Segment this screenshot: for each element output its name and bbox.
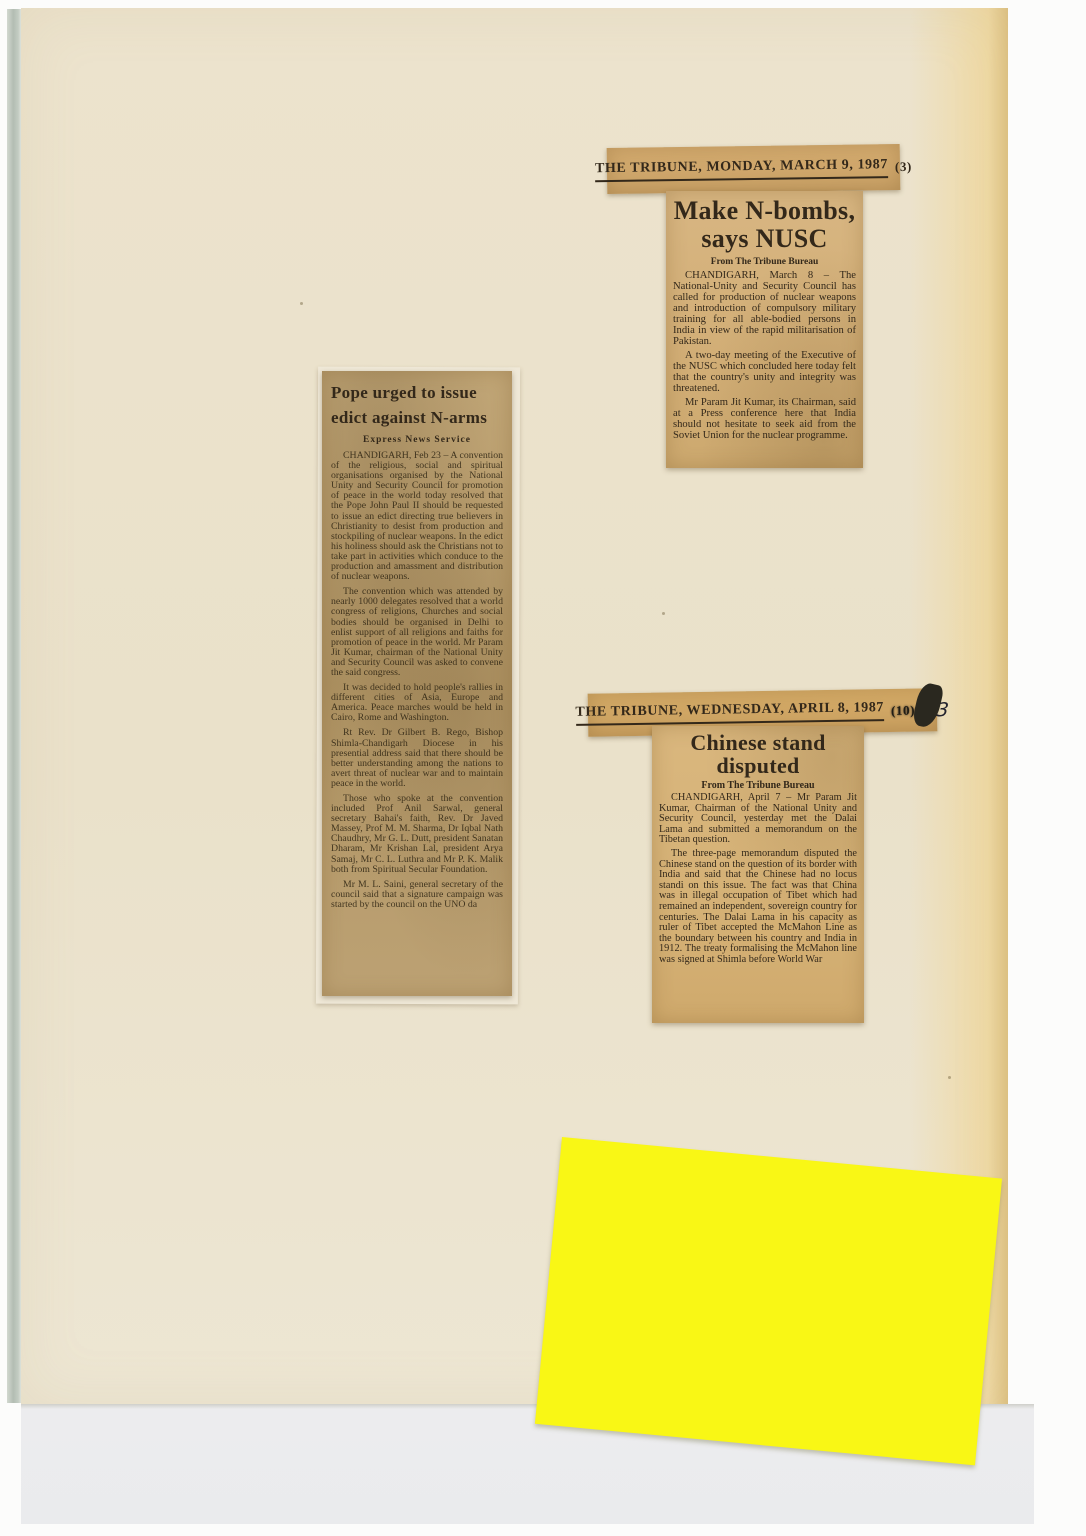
article-byline: Express News Service <box>331 435 503 445</box>
headline-line: disputed <box>659 754 857 777</box>
paper-speck <box>300 302 303 305</box>
article-paragraph: CHANDIGARH, April 7 – Mr Param Jit Kumar… <box>659 793 857 846</box>
article-paragraph: Mr Param Jit Kumar, its Chairman, said a… <box>673 397 856 441</box>
article-paragraph: The three-page memorandum disputed the C… <box>659 849 857 966</box>
article-byline: From The Tribune Bureau <box>673 257 856 267</box>
headline-line: Chinese stand <box>659 731 857 754</box>
masthead-text: THE TRIBUNE, MONDAY, MARCH 9, 1987 <box>595 157 888 182</box>
article-headline: Chinese stand disputed <box>659 731 857 777</box>
masthead-page-number: (3) <box>895 159 912 175</box>
headline-line: says NUSC <box>673 225 856 253</box>
article-paragraph: CHANDIGARH, Feb 23 – A convention of the… <box>331 451 503 582</box>
headline-line: Make N-bombs, <box>673 197 856 225</box>
article-body: CHANDIGARH, April 7 – Mr Param Jit Kumar… <box>659 793 857 966</box>
article-paragraph: It was decided to hold people's rallies … <box>331 683 503 723</box>
article-paragraph: Those who spoke at the convention includ… <box>331 794 503 875</box>
article-paragraph: Mr M. L. Saini, general secretary of the… <box>331 880 503 910</box>
article-headline: Pope urged to issue edict against N-arms <box>331 380 503 430</box>
headline-line: edict against N-arms <box>331 405 503 430</box>
clipping1-article: Make N-bombs, says NUSC From The Tribune… <box>666 191 863 468</box>
masthead-page-number: (10) <box>891 702 915 718</box>
article-paragraph: The convention which was attended by nea… <box>331 587 503 678</box>
article-paragraph: CHANDIGARH, March 8 – The National-Unity… <box>673 270 856 347</box>
yellow-sticky-note <box>535 1137 1002 1465</box>
paper-speck <box>948 1076 951 1079</box>
book-spine-edge <box>7 9 21 1403</box>
clipping2-article: Pope urged to issue edict against N-arms… <box>322 371 512 996</box>
clipping3-article: Chinese stand disputed From The Tribune … <box>652 726 864 1023</box>
masthead-text: THE TRIBUNE, WEDNESDAY, APRIL 8, 1987 <box>575 700 884 726</box>
article-body: CHANDIGARH, March 8 – The National-Unity… <box>673 270 856 441</box>
headline-line: Pope urged to issue <box>331 380 503 405</box>
article-byline: From The Tribune Bureau <box>659 780 857 791</box>
clipping1-masthead: THE TRIBUNE, MONDAY, MARCH 9, 1987 (3) <box>607 144 901 194</box>
article-paragraph: A two-day meeting of the Executive of th… <box>673 350 856 394</box>
paper-speck <box>662 612 665 615</box>
article-body: CHANDIGARH, Feb 23 – A convention of the… <box>331 451 503 910</box>
article-headline: Make N-bombs, says NUSC <box>673 197 856 253</box>
article-paragraph: Rt Rev. Dr Gilbert B. Rego, Bishop Shiml… <box>331 728 503 789</box>
